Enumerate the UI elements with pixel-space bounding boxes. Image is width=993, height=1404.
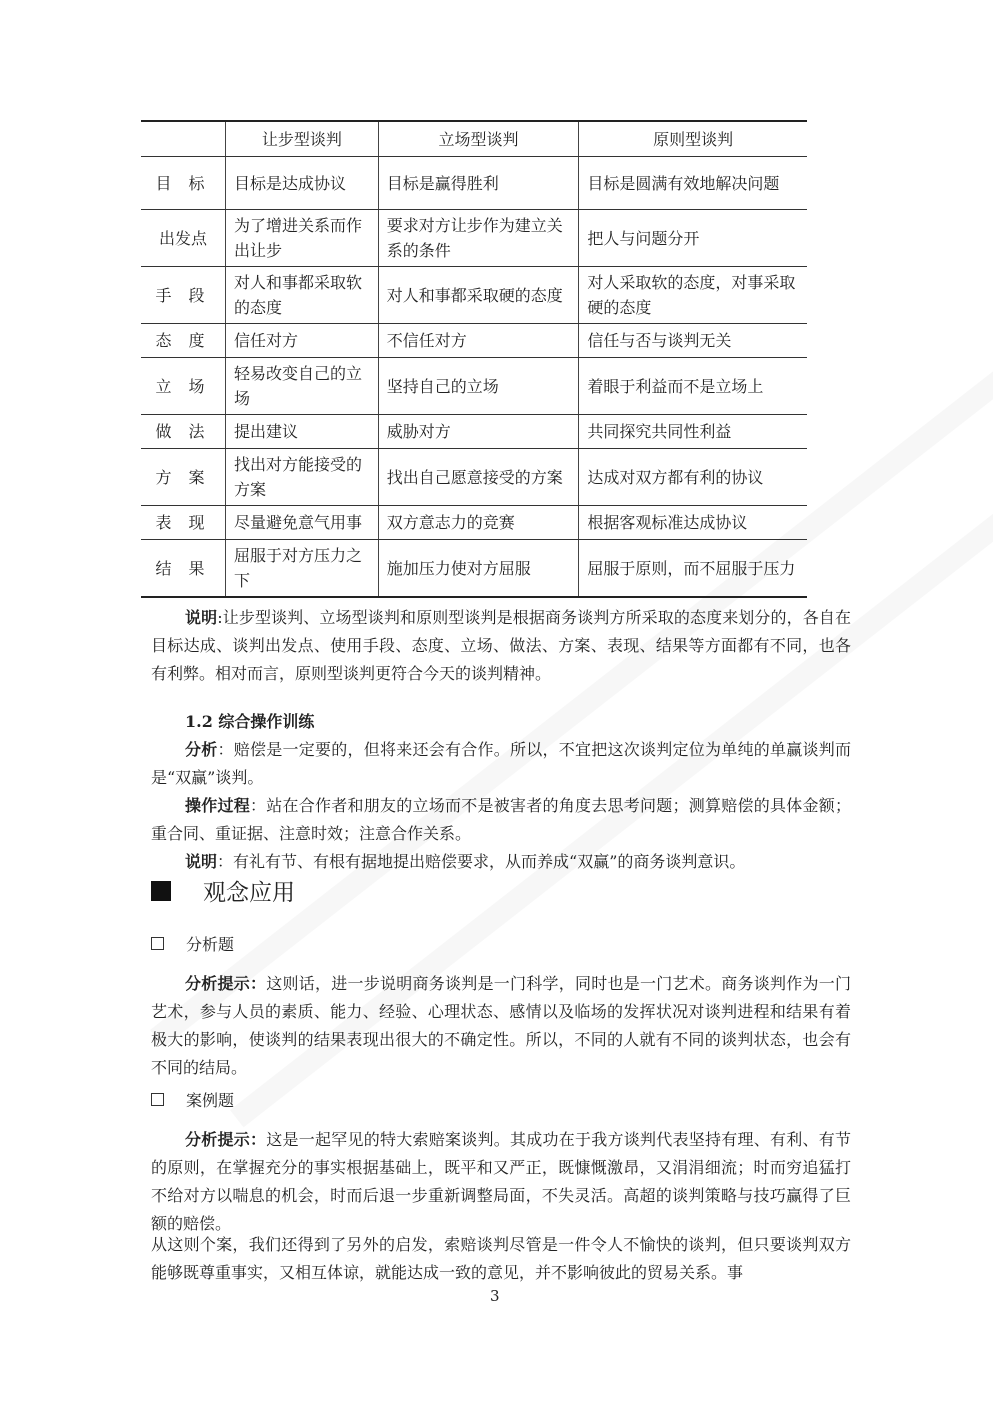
table-cell: 把人与问题分开 — [579, 210, 807, 267]
heading-text: 观念应用 — [203, 874, 295, 907]
negotiation-comparison-table: 让步型谈判 立场型谈判 原则型谈判 目 标 目标是达成协议 目标是赢得胜利 目标… — [141, 120, 807, 598]
table-cell: 坚持自己的立场 — [378, 358, 579, 415]
case-question-heading: 案例题 — [151, 1088, 234, 1111]
table-row: 方 案 找出对方能接受的方案 找出自己愿意接受的方案 达成对双方都有利的协议 — [141, 449, 807, 506]
table-cell: 威胁对方 — [378, 415, 579, 449]
analysis-question-heading: 分析题 — [151, 932, 234, 955]
table-cell: 找出对方能接受的方案 — [226, 449, 379, 506]
table-cell: 要求对方让步作为建立关系的条件 — [378, 210, 579, 267]
row-label: 方 案 — [141, 449, 226, 506]
table-cell: 施加压力使对方屈服 — [378, 540, 579, 598]
section-heading: 1.2 综合操作训练 — [151, 708, 851, 736]
table-header-concession: 让步型谈判 — [226, 121, 379, 157]
table-cell: 目标是赢得胜利 — [378, 157, 579, 210]
table-row: 做 法 提出建议 威胁对方 共同探究共同性利益 — [141, 415, 807, 449]
process-label: 操作过程 — [185, 796, 250, 815]
row-label: 目 标 — [141, 157, 226, 210]
subheading-text: 案例题 — [186, 1088, 234, 1111]
table-cell: 不信任对方 — [378, 324, 579, 358]
concept-application-heading: 观念应用 — [151, 874, 295, 907]
row-label: 表 现 — [141, 506, 226, 540]
table-cell: 提出建议 — [226, 415, 379, 449]
followup-text: 从这则个案，我们还得到了另外的启发，索赔谈判尽管是一件令人不愉快的谈判，但只要谈… — [151, 1235, 851, 1282]
table-row: 手 段 对人和事都采取软的态度 对人和事都采取硬的态度 对人采取软的态度，对事采… — [141, 267, 807, 324]
table-cell: 达成对双方都有利的协议 — [579, 449, 807, 506]
note-text: ：有礼有节、有根有据地提出赔偿要求，从而养成“双赢”的商务谈判意识。 — [217, 852, 745, 871]
note-text: :让步型谈判、立场型谈判和原则型谈判是根据商务谈判方所采取的态度来划分的，各自在… — [151, 608, 851, 683]
table-row: 立 场 轻易改变自己的立场 坚持自己的立场 着眼于利益而不是立场上 — [141, 358, 807, 415]
table-row: 目 标 目标是达成协议 目标是赢得胜利 目标是圆满有效地解决问题 — [141, 157, 807, 210]
table-header-corner — [141, 121, 226, 157]
analysis-text: ：赔偿是一定要的，但将来还会有合作。所以，不宜把这次谈判定位为单纯的单赢谈判而是… — [151, 740, 851, 787]
row-label: 手 段 — [141, 267, 226, 324]
analysis-label: 分析 — [185, 740, 218, 759]
case-hint-paragraph: 分析提示：这是一起罕见的特大索赔案谈判。其成功在于我方谈判代表坚持有理、有利、有… — [151, 1126, 851, 1238]
hollow-square-icon — [151, 1093, 164, 1106]
table-cell: 着眼于利益而不是立场上 — [579, 358, 807, 415]
table-cell: 信任对方 — [226, 324, 379, 358]
row-label: 结 果 — [141, 540, 226, 598]
row-label: 立 场 — [141, 358, 226, 415]
table-header-row: 让步型谈判 立场型谈判 原则型谈判 — [141, 121, 807, 157]
hollow-square-icon — [151, 937, 164, 950]
hint-label: 分析提示： — [185, 1130, 266, 1149]
table-row: 表 现 尽量避免意气用事 双方意志力的竞赛 根据客观标准达成协议 — [141, 506, 807, 540]
table-cell: 屈服于原则，而不屈服于压力 — [579, 540, 807, 598]
note-label: 说明 — [185, 608, 217, 627]
page-number: 3 — [490, 1287, 500, 1305]
table-cell: 信任与否与谈判无关 — [579, 324, 807, 358]
table-cell: 双方意志力的竞赛 — [378, 506, 579, 540]
table-cell: 目标是圆满有效地解决问题 — [579, 157, 807, 210]
table-row: 态 度 信任对方 不信任对方 信任与否与谈判无关 — [141, 324, 807, 358]
table-row: 结 果 屈服于对方压力之下 施加压力使对方屈服 屈服于原则，而不屈服于压力 — [141, 540, 807, 598]
process-text: ：站在合作者和朋友的立场而不是被害者的角度去思考问题；测算赔偿的具体金额；重合同… — [151, 796, 851, 843]
analysis-hint-paragraph: 分析提示：这则话，进一步说明商务谈判是一门科学，同时也是一门艺术。商务谈判作为一… — [151, 970, 851, 1082]
hint-label: 分析提示： — [185, 974, 266, 993]
subheading-text: 分析题 — [186, 932, 234, 955]
table-cell: 共同探究共同性利益 — [579, 415, 807, 449]
table-cell: 根据客观标准达成协议 — [579, 506, 807, 540]
black-square-icon — [151, 881, 171, 901]
table-header-principled: 原则型谈判 — [579, 121, 807, 157]
table-cell: 对人和事都采取硬的态度 — [378, 267, 579, 324]
case-followup-paragraph: 从这则个案，我们还得到了另外的启发，索赔谈判尽管是一件令人不愉快的谈判，但只要谈… — [151, 1231, 851, 1287]
table-header-positional: 立场型谈判 — [378, 121, 579, 157]
table-cell: 对人采取软的态度，对事采取硬的态度 — [579, 267, 807, 324]
note-label: 说明 — [185, 852, 217, 871]
table-cell: 屈服于对方压力之下 — [226, 540, 379, 598]
row-label: 态 度 — [141, 324, 226, 358]
section-1-2: 1.2 综合操作训练 分析：赔偿是一定要的，但将来还会有合作。所以，不宜把这次谈… — [151, 708, 851, 876]
row-label: 出发点 — [141, 210, 226, 267]
table-cell: 轻易改变自己的立场 — [226, 358, 379, 415]
table-cell: 尽量避免意气用事 — [226, 506, 379, 540]
table-cell: 为了增进关系而作出让步 — [226, 210, 379, 267]
table-row: 出发点 为了增进关系而作出让步 要求对方让步作为建立关系的条件 把人与问题分开 — [141, 210, 807, 267]
row-label: 做 法 — [141, 415, 226, 449]
table-cell: 对人和事都采取软的态度 — [226, 267, 379, 324]
table-cell: 目标是达成协议 — [226, 157, 379, 210]
table-cell: 找出自己愿意接受的方案 — [378, 449, 579, 506]
table-note-paragraph: 说明:让步型谈判、立场型谈判和原则型谈判是根据商务谈判方所采取的态度来划分的，各… — [151, 604, 851, 688]
